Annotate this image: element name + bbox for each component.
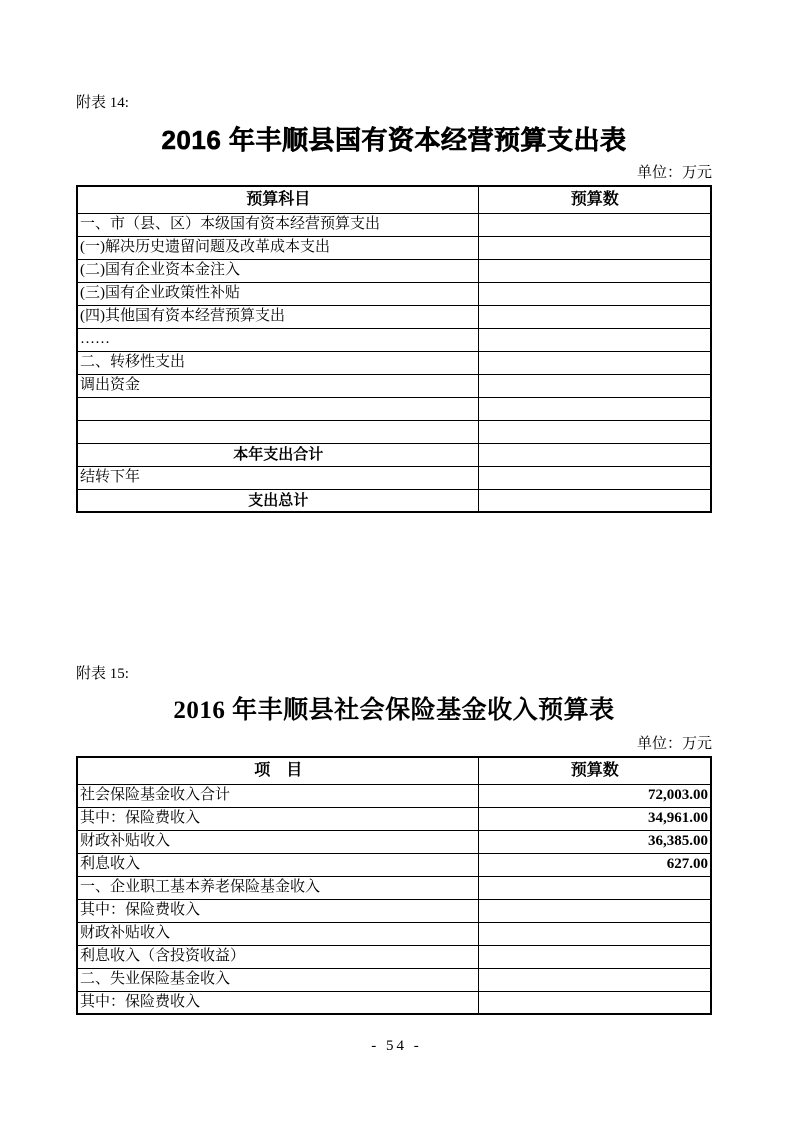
table-row: 结转下年 [77,466,711,489]
table-row: (四)其他国有资本经营预算支出 [77,305,711,328]
table-row: 一、市（县、区）本级国有资本经营预算支出 [77,213,711,236]
subject-cell: 支出总计 [77,489,479,512]
subject-cell: 一、企业职工基本养老保险基金收入 [77,876,479,899]
appendix-14-section: 附表 14: 2016 年丰顺县国有资本经营预算支出表 单位：万元 预算科目 预… [76,94,712,513]
subject-cell [77,397,479,420]
amount-cell [479,236,711,259]
subject-cell [77,420,479,443]
table-row: 社会保险基金收入合计72,003.00 [77,784,711,807]
state-capital-expenditure-table: 预算科目 预算数 一、市（县、区）本级国有资本经营预算支出(一)解决历史遗留问题… [76,185,712,513]
amount-cell [479,443,711,466]
subject-cell: …… [77,328,479,351]
subject-cell: 其中：保险费收入 [77,991,479,1014]
amount-cell [479,466,711,489]
table-row: 利息收入627.00 [77,853,711,876]
amount-cell: 34,961.00 [479,807,711,830]
table-body: 一、市（县、区）本级国有资本经营预算支出(一)解决历史遗留问题及改革成本支出(二… [77,213,711,512]
amount-cell [479,351,711,374]
table-row: 其中：保险费收入 [77,899,711,922]
table-row: 财政补贴收入 [77,922,711,945]
amount-cell [479,922,711,945]
subject-cell: 其中：保险费收入 [77,807,479,830]
subject-cell: 二、失业保险基金收入 [77,968,479,991]
amount-cell [479,374,711,397]
amount-cell [479,945,711,968]
amount-cell [479,968,711,991]
table-row: 财政补贴收入36,385.00 [77,830,711,853]
table-row: (三)国有企业政策性补贴 [77,282,711,305]
table-row: 一、企业职工基本养老保险基金收入 [77,876,711,899]
table-row: 二、转移性支出 [77,351,711,374]
amount-cell [479,991,711,1014]
table-body: 社会保险基金收入合计72,003.00其中：保险费收入34,961.00财政补贴… [77,784,711,1014]
table-14-title: 2016 年丰顺县国有资本经营预算支出表 [76,123,712,157]
page-number: - 54 - [0,1038,793,1055]
amount-cell [479,489,711,512]
subject-cell: 财政补贴收入 [77,922,479,945]
table-row [77,397,711,420]
appendix-15-section: 附表 15: 2016 年丰顺县社会保险基金收入预算表 单位：万元 项 目 预算… [76,665,712,1015]
subject-cell: (四)其他国有资本经营预算支出 [77,305,479,328]
column-header-amount: 预算数 [479,757,711,784]
amount-cell [479,420,711,443]
table-row: 支出总计 [77,489,711,512]
appendix-14-label: 附表 14: [76,94,712,112]
subject-cell: 本年支出合计 [77,443,479,466]
column-header-amount: 预算数 [479,186,711,213]
amount-cell: 627.00 [479,853,711,876]
subject-cell: (一)解决历史遗留问题及改革成本支出 [77,236,479,259]
subject-cell: 一、市（县、区）本级国有资本经营预算支出 [77,213,479,236]
subject-cell: 利息收入 [77,853,479,876]
table-row: 其中：保险费收入 [77,991,711,1014]
amount-cell [479,259,711,282]
subject-cell: 结转下年 [77,466,479,489]
subject-cell: 调出资金 [77,374,479,397]
subject-cell: 财政补贴收入 [77,830,479,853]
table-row: …… [77,328,711,351]
table-row [77,420,711,443]
page-content: 附表 14: 2016 年丰顺县国有资本经营预算支出表 单位：万元 预算科目 预… [76,0,712,1015]
header-row: 预算科目 预算数 [77,186,711,213]
subject-cell: 社会保险基金收入合计 [77,784,479,807]
table-15-title: 2016 年丰顺县社会保险基金收入预算表 [76,694,712,728]
amount-cell [479,876,711,899]
social-insurance-revenue-table: 项 目 预算数 社会保险基金收入合计72,003.00其中：保险费收入34,96… [76,756,712,1015]
amount-cell [479,305,711,328]
table-row: (一)解决历史遗留问题及改革成本支出 [77,236,711,259]
table-row: 本年支出合计 [77,443,711,466]
amount-cell [479,282,711,305]
amount-cell [479,899,711,922]
subject-cell: 其中：保险费收入 [77,899,479,922]
amount-cell: 36,385.00 [479,830,711,853]
table-row: 利息收入（含投资收益） [77,945,711,968]
subject-cell: 二、转移性支出 [77,351,479,374]
header-row: 项 目 预算数 [77,757,711,784]
table-row: 调出资金 [77,374,711,397]
column-header-subject: 预算科目 [77,186,479,213]
table-row: 其中：保险费收入34,961.00 [77,807,711,830]
amount-cell [479,213,711,236]
subject-cell: 利息收入（含投资收益） [77,945,479,968]
subject-cell: (三)国有企业政策性补贴 [77,282,479,305]
table-14-unit-label: 单位：万元 [76,164,712,182]
table-row: 二、失业保险基金收入 [77,968,711,991]
appendix-15-label: 附表 15: [76,665,712,683]
amount-cell [479,397,711,420]
amount-cell: 72,003.00 [479,784,711,807]
column-header-item: 项 目 [77,757,479,784]
table-row: (二)国有企业资本金注入 [77,259,711,282]
table-15-unit-label: 单位：万元 [76,735,712,753]
amount-cell [479,328,711,351]
document-page: 附表 14: 2016 年丰顺县国有资本经营预算支出表 单位：万元 预算科目 预… [0,0,793,1122]
subject-cell: (二)国有企业资本金注入 [77,259,479,282]
